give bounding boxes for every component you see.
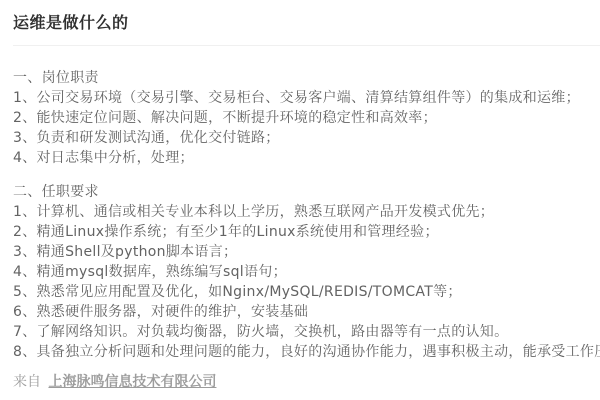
job-description-page: 运维是做什么的 一、岗位职责 1、公司交易环境（交易引擎、交易柜台、交易客户端、… <box>0 0 600 400</box>
requirement-item: 4、精通mysql数据库，熟练编写sql语句； <box>13 262 590 282</box>
section-heading-requirements: 二、任职要求 <box>13 182 590 202</box>
section-spacer <box>13 168 590 182</box>
requirement-item: 1、计算机、通信或相关专业本科以上学历，熟悉互联网产品开发模式优先； <box>13 202 590 222</box>
title-divider <box>13 45 600 46</box>
requirement-item: 3、精通Shell及python脚本语言； <box>13 242 590 262</box>
source-prefix: 来自 <box>13 374 41 390</box>
requirement-item: 7、了解网络知识。对负载均衡器，防火墙，交换机，路由器等有一点的认知。 <box>13 322 590 342</box>
requirement-item: 8、具备独立分析问题和处理问题的能力，良好的沟通协作能力，遇事积极主动，能承受工… <box>13 342 590 362</box>
article-body: 一、岗位职责 1、公司交易环境（交易引擎、交易柜台、交易客户端、清算结算组件等）… <box>13 68 590 362</box>
responsibility-item: 1、公司交易环境（交易引擎、交易柜台、交易客户端、清算结算组件等）的集成和运维； <box>13 88 590 108</box>
source-row: 来自 上海脉鸣信息技术有限公司 <box>13 372 590 392</box>
requirement-item: 5、熟悉常见应用配置及优化，如Nginx/MySQL/REDIS/TOMCAT等… <box>13 282 590 302</box>
responsibility-item: 2、能快速定位问题、解决问题，不断提升环境的稳定性和高效率； <box>13 108 590 128</box>
section-heading-responsibilities: 一、岗位职责 <box>13 68 590 88</box>
requirement-item: 6、熟悉硬件服务器，对硬件的维护，安装基础 <box>13 302 590 322</box>
responsibility-item: 3、负责和研发测试沟通，优化交付链路； <box>13 128 590 148</box>
page-title: 运维是做什么的 <box>13 13 590 33</box>
requirement-item: 2、精通Linux操作系统；有至少1年的Linux系统使用和管理经验； <box>13 222 590 242</box>
company-link[interactable]: 上海脉鸣信息技术有限公司 <box>48 374 216 390</box>
responsibility-item: 4、对日志集中分析，处理； <box>13 148 590 168</box>
